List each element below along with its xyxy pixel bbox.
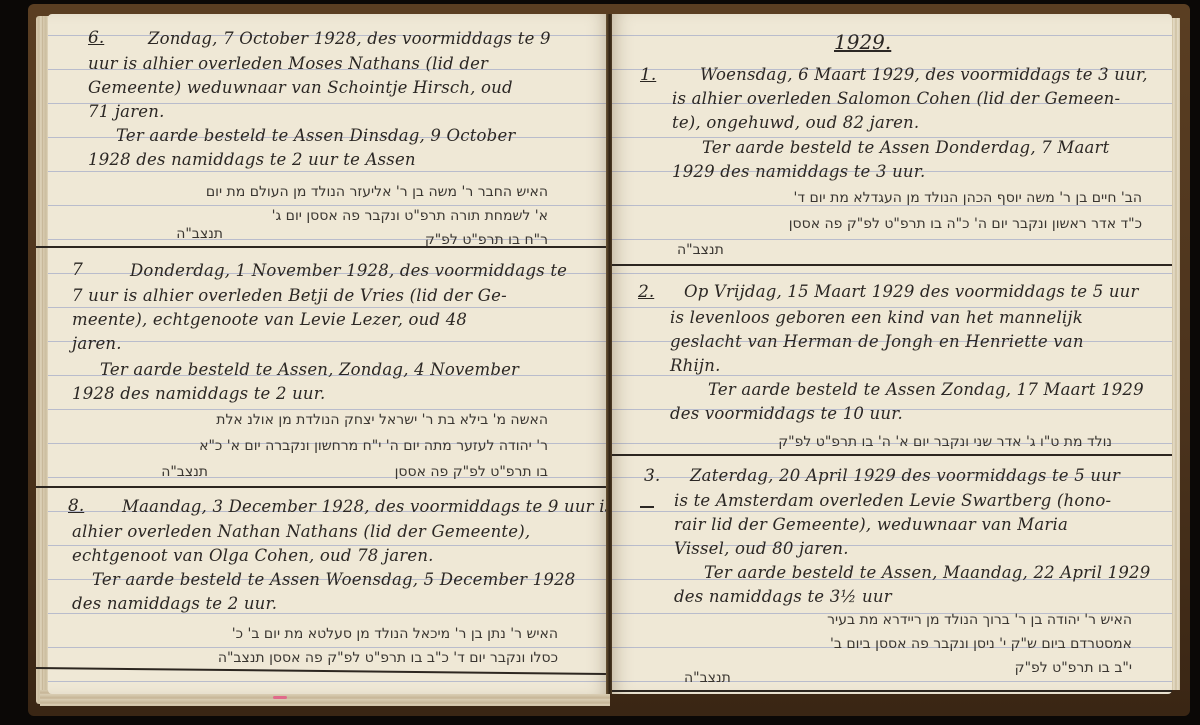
entry-text-line: Woensdag, 6 Maart 1929, des voormiddags …: [700, 65, 1148, 84]
hebrew-text-line: א' לשמחת תורה תרפ"ט ונקבר פה אססן יום ג': [272, 208, 548, 224]
hebrew-text-line: ר' יהודה לעזער מתה יום ה' י"ח מרחשון ונק…: [199, 438, 548, 454]
entry-text-line: Gemeente) weduwnaar van Schointje Hirsch…: [88, 78, 513, 97]
entry-number: 6.: [88, 28, 104, 48]
hebrew-text-line: האשה מ' בילא בת ר' ישראל יצחק הנולדת מן …: [216, 412, 548, 428]
entry-separator-line: [612, 264, 1172, 266]
hebrew-text-line: האיש ר' יהודה בן ר' ברוך הנולד מן ריידרא…: [827, 612, 1132, 628]
entry-text-line: des namiddags te 2 uur.: [72, 594, 277, 613]
entry-text-line: des namiddags te 3½ uur: [674, 587, 892, 606]
hebrew-text-line: נולד מת ט"ו ג' אדר שני ונקבר יום א' ה' ב…: [778, 434, 1112, 450]
hebrew-text-line: כסלו ונקבר יום ד' כ"ב בו תרפ"ט לפ"ק פה א…: [218, 650, 558, 666]
entry-text-line: Ter aarde besteld te Assen Donderdag, 7 …: [702, 138, 1109, 157]
year-heading: 1929.: [834, 30, 891, 54]
entry-text-line: Vissel, oud 80 jaren.: [674, 539, 849, 558]
entry-text-line: 71 jaren.: [88, 102, 165, 121]
entry-text-line: alhier overleden Nathan Nathans (lid der…: [72, 522, 530, 541]
margin-dash: [640, 506, 654, 508]
entry-text-line: is alhier overleden Salomon Cohen (lid d…: [672, 89, 1120, 108]
entry-text-line: Ter aarde besteld te Assen Dinsdag, 9 Oc…: [116, 126, 516, 145]
entry-text-line: meente), echtgenoote van Levie Lezer, ou…: [72, 310, 467, 329]
entry-separator-line: [36, 246, 608, 248]
entry-text-line: 1928 des namiddags te 2 uur te Assen: [88, 150, 416, 169]
entry-text-line: is levenloos geboren een kind van het ma…: [670, 308, 1083, 327]
entry-text-line: 1928 des namiddags te 2 uur.: [72, 384, 325, 403]
entry-text-line: Ter aarde besteld te Assen, Zondag, 4 No…: [100, 360, 519, 379]
hebrew-text-line: תנצב"ה: [161, 464, 208, 480]
entry-text-line: te), ongehuwd, oud 82 jaren.: [672, 113, 919, 132]
entry-number: 3.: [644, 466, 660, 486]
entry-separator-line: [36, 486, 608, 488]
entry-text-line: Maandag, 3 December 1928, des voormiddag…: [122, 497, 613, 516]
entry-number: 1.: [640, 65, 656, 85]
hebrew-text-line: תנצב"ה: [684, 670, 731, 686]
ink-mark: [273, 696, 287, 699]
entry-number: 2.: [638, 282, 654, 302]
entry-text-line: 1929 des namiddags te 3 uur.: [672, 162, 925, 181]
entry-separator-line: [612, 690, 1172, 692]
entry-text-line: rair lid der Gemeente), weduwnaar van Ma…: [674, 515, 1068, 534]
entry-number: 8.: [68, 496, 84, 516]
entry-text-line: Ter aarde besteld te Assen, Maandag, 22 …: [704, 563, 1150, 582]
hebrew-text-line: י"ב בו תרפ"ט לפ"ק: [1015, 660, 1132, 676]
entry-text-line: Zondag, 7 October 1928, des voormiddags …: [148, 29, 551, 48]
entry-separator-line: [612, 454, 1172, 456]
entry-text-line: 7 uur is alhier overleden Betji de Vries…: [72, 286, 507, 305]
hebrew-text-line: כ"ד אדר ראשון ונקבר יום ה' כ"ה בו תרפ"ט …: [789, 216, 1142, 232]
hebrew-text-line: האיש ר' נתן בן ר' מיכאל הנולד מן סעלטא מ…: [232, 626, 558, 642]
entry-number: 7: [72, 260, 83, 280]
entry-separator-line: [36, 667, 606, 675]
entry-text-line: Ter aarde besteld te Assen Zondag, 17 Ma…: [708, 380, 1144, 399]
right-page: 1929. 1. Woensdag, 6 Maart 1929, des voo…: [612, 14, 1172, 694]
entry-text-line: is te Amsterdam overleden Levie Swartber…: [674, 491, 1111, 510]
entry-text-line: jaren.: [72, 334, 122, 353]
entry-text-line: Op Vrijdag, 15 Maart 1929 des voormiddag…: [684, 282, 1139, 301]
hebrew-text-line: אמסטרדם ביום ש"ק י' ניסן ונקבר פה אססן ב…: [830, 636, 1132, 652]
entry-text-line: echtgenoot van Olga Cohen, oud 78 jaren.: [72, 546, 434, 565]
left-page: 6. Zondag, 7 October 1928, des voormidda…: [48, 14, 608, 694]
entry-text-line: uur is alhier overleden Moses Nathans (l…: [88, 54, 488, 73]
hebrew-text-line: הב' חיים בן ר' משה יוסף הכהן הנולד מן הע…: [794, 190, 1142, 206]
entry-text-line: Rhijn.: [670, 356, 721, 375]
entry-text-line: Donderdag, 1 November 1928, des voormidd…: [130, 261, 567, 280]
hebrew-text-line: תנצב"ה: [677, 242, 724, 258]
entry-text-line: Ter aarde besteld te Assen Woensdag, 5 D…: [92, 570, 575, 589]
hebrew-text-line: האיש החבר ר' משה בן ר' אליעזר הנולד מן ה…: [206, 184, 548, 200]
hebrew-text-line: תנצב"ה: [176, 226, 223, 242]
entry-text-line: Zaterdag, 20 April 1929 des voormiddags …: [690, 466, 1120, 485]
entry-text-line: geslacht van Herman de Jongh en Henriett…: [670, 332, 1084, 351]
entry-text-line: des voormiddags te 10 uur.: [670, 404, 903, 423]
hebrew-text-line: בו תרפ"ט לפ"ק פה אססן: [395, 464, 548, 480]
